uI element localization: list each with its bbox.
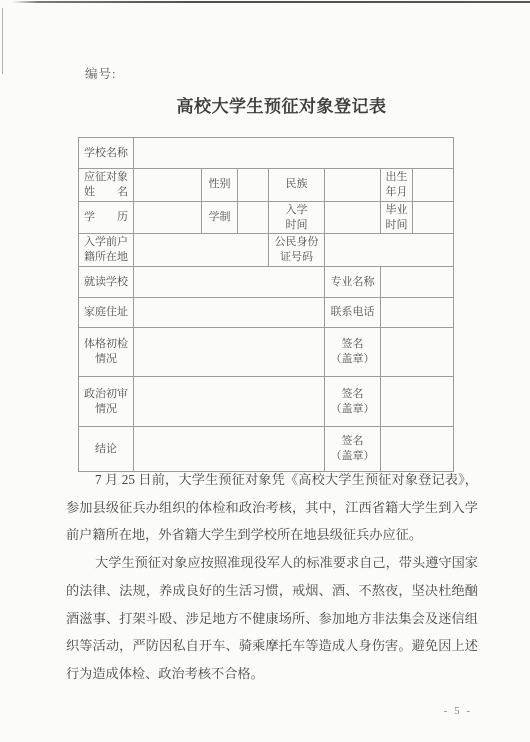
label-current-school: 就读学校 — [79, 267, 134, 298]
label-home-address: 家庭住址 — [79, 298, 134, 328]
field-school-system — [238, 201, 269, 234]
field-ethnicity — [325, 169, 381, 202]
scan-edge-left — [2, 8, 3, 74]
notice-text: 7 月 25 日前，大学生预征对象凭《高校大学生预征对象登记表》，参加县级征兵办… — [66, 466, 478, 688]
label-ethnicity: 民族 — [269, 169, 325, 202]
label-school-name: 学校名称 — [79, 138, 134, 169]
label-enroll-time: 入学 时间 — [269, 201, 325, 234]
field-sign-seal-physical — [381, 328, 454, 377]
label-id-number: 公民身份 证号码 — [269, 234, 325, 267]
label-sign-seal-conclusion: 签名 （盖章） — [325, 427, 381, 472]
field-current-school — [134, 267, 325, 298]
label-education: 学 历 — [79, 201, 134, 234]
table-row-conclusion: 结论 签名 （盖章） — [79, 427, 454, 472]
page-number: - 5 - — [444, 705, 472, 717]
label-gender: 性别 — [202, 169, 238, 202]
label-sign-seal-physical: 签名 （盖章） — [325, 328, 381, 377]
label-school-system: 学制 — [202, 201, 238, 234]
table-row-education: 学 历 学制 入学 时间 毕业 时间 — [79, 201, 454, 234]
label-conclusion: 结论 — [79, 427, 134, 472]
field-school-name — [134, 138, 454, 169]
label-physical-check: 体格初检 情况 — [79, 328, 134, 377]
field-major — [381, 267, 454, 298]
field-sign-seal-political — [381, 377, 454, 427]
field-sign-seal-conclusion — [381, 427, 454, 472]
form-title: 高校大学生预征对象登记表 — [33, 92, 530, 117]
label-graduate-time: 毕业 时间 — [381, 201, 413, 234]
serial-number-label: 编号: — [85, 64, 116, 82]
label-political-review: 政治初审 情况 — [79, 377, 134, 427]
scanned-page: 编号: 高校大学生预征对象登记表 学校名称 应征对象 姓 名 性别 民族 出生 … — [0, 0, 530, 742]
field-political-review — [134, 377, 325, 427]
label-major: 专业名称 — [325, 267, 381, 298]
field-contact-phone — [381, 298, 454, 328]
table-row-home-address: 家庭住址 联系电话 — [79, 298, 454, 328]
notice-paragraph-2: 大学生预征对象应按照准现役军人的标准要求自己，带头遵守国家的法律、法规，养成良好… — [66, 549, 478, 688]
field-education — [134, 201, 202, 234]
field-physical-check — [134, 328, 325, 377]
table-row-school-name: 学校名称 — [79, 138, 454, 169]
field-pre-enroll-residence — [134, 234, 269, 267]
field-id-number — [325, 234, 454, 267]
table-row-political-review: 政治初审 情况 签名 （盖章） — [79, 377, 454, 427]
table-row-current-school: 就读学校 专业名称 — [79, 267, 454, 298]
field-applicant-name — [134, 169, 202, 202]
registration-form-table: 学校名称 应征对象 姓 名 性别 民族 出生 年月 学 历 学制 入学 时间 — [78, 137, 454, 472]
field-gender — [238, 169, 269, 202]
notice-paragraph-1: 7 月 25 日前，大学生预征对象凭《高校大学生预征对象登记表》，参加县级征兵办… — [66, 466, 478, 549]
field-conclusion — [134, 427, 325, 472]
scan-edge-top — [12, 1, 530, 3]
label-sign-seal-political: 签名 （盖章） — [325, 377, 381, 427]
field-home-address — [134, 298, 325, 328]
label-contact-phone: 联系电话 — [325, 298, 381, 328]
label-applicant-name: 应征对象 姓 名 — [79, 169, 134, 202]
label-birth-date: 出生 年月 — [381, 169, 413, 202]
table-row-residence-id: 入学前户 籍所在地 公民身份 证号码 — [79, 234, 454, 267]
field-graduate-time — [413, 201, 454, 234]
table-row-physical-check: 体格初检 情况 签名 （盖章） — [79, 328, 454, 377]
field-enroll-time — [325, 201, 381, 234]
field-birth-date — [413, 169, 454, 202]
label-pre-enroll-residence: 入学前户 籍所在地 — [79, 234, 134, 267]
table-row-applicant: 应征对象 姓 名 性别 民族 出生 年月 — [79, 169, 454, 202]
